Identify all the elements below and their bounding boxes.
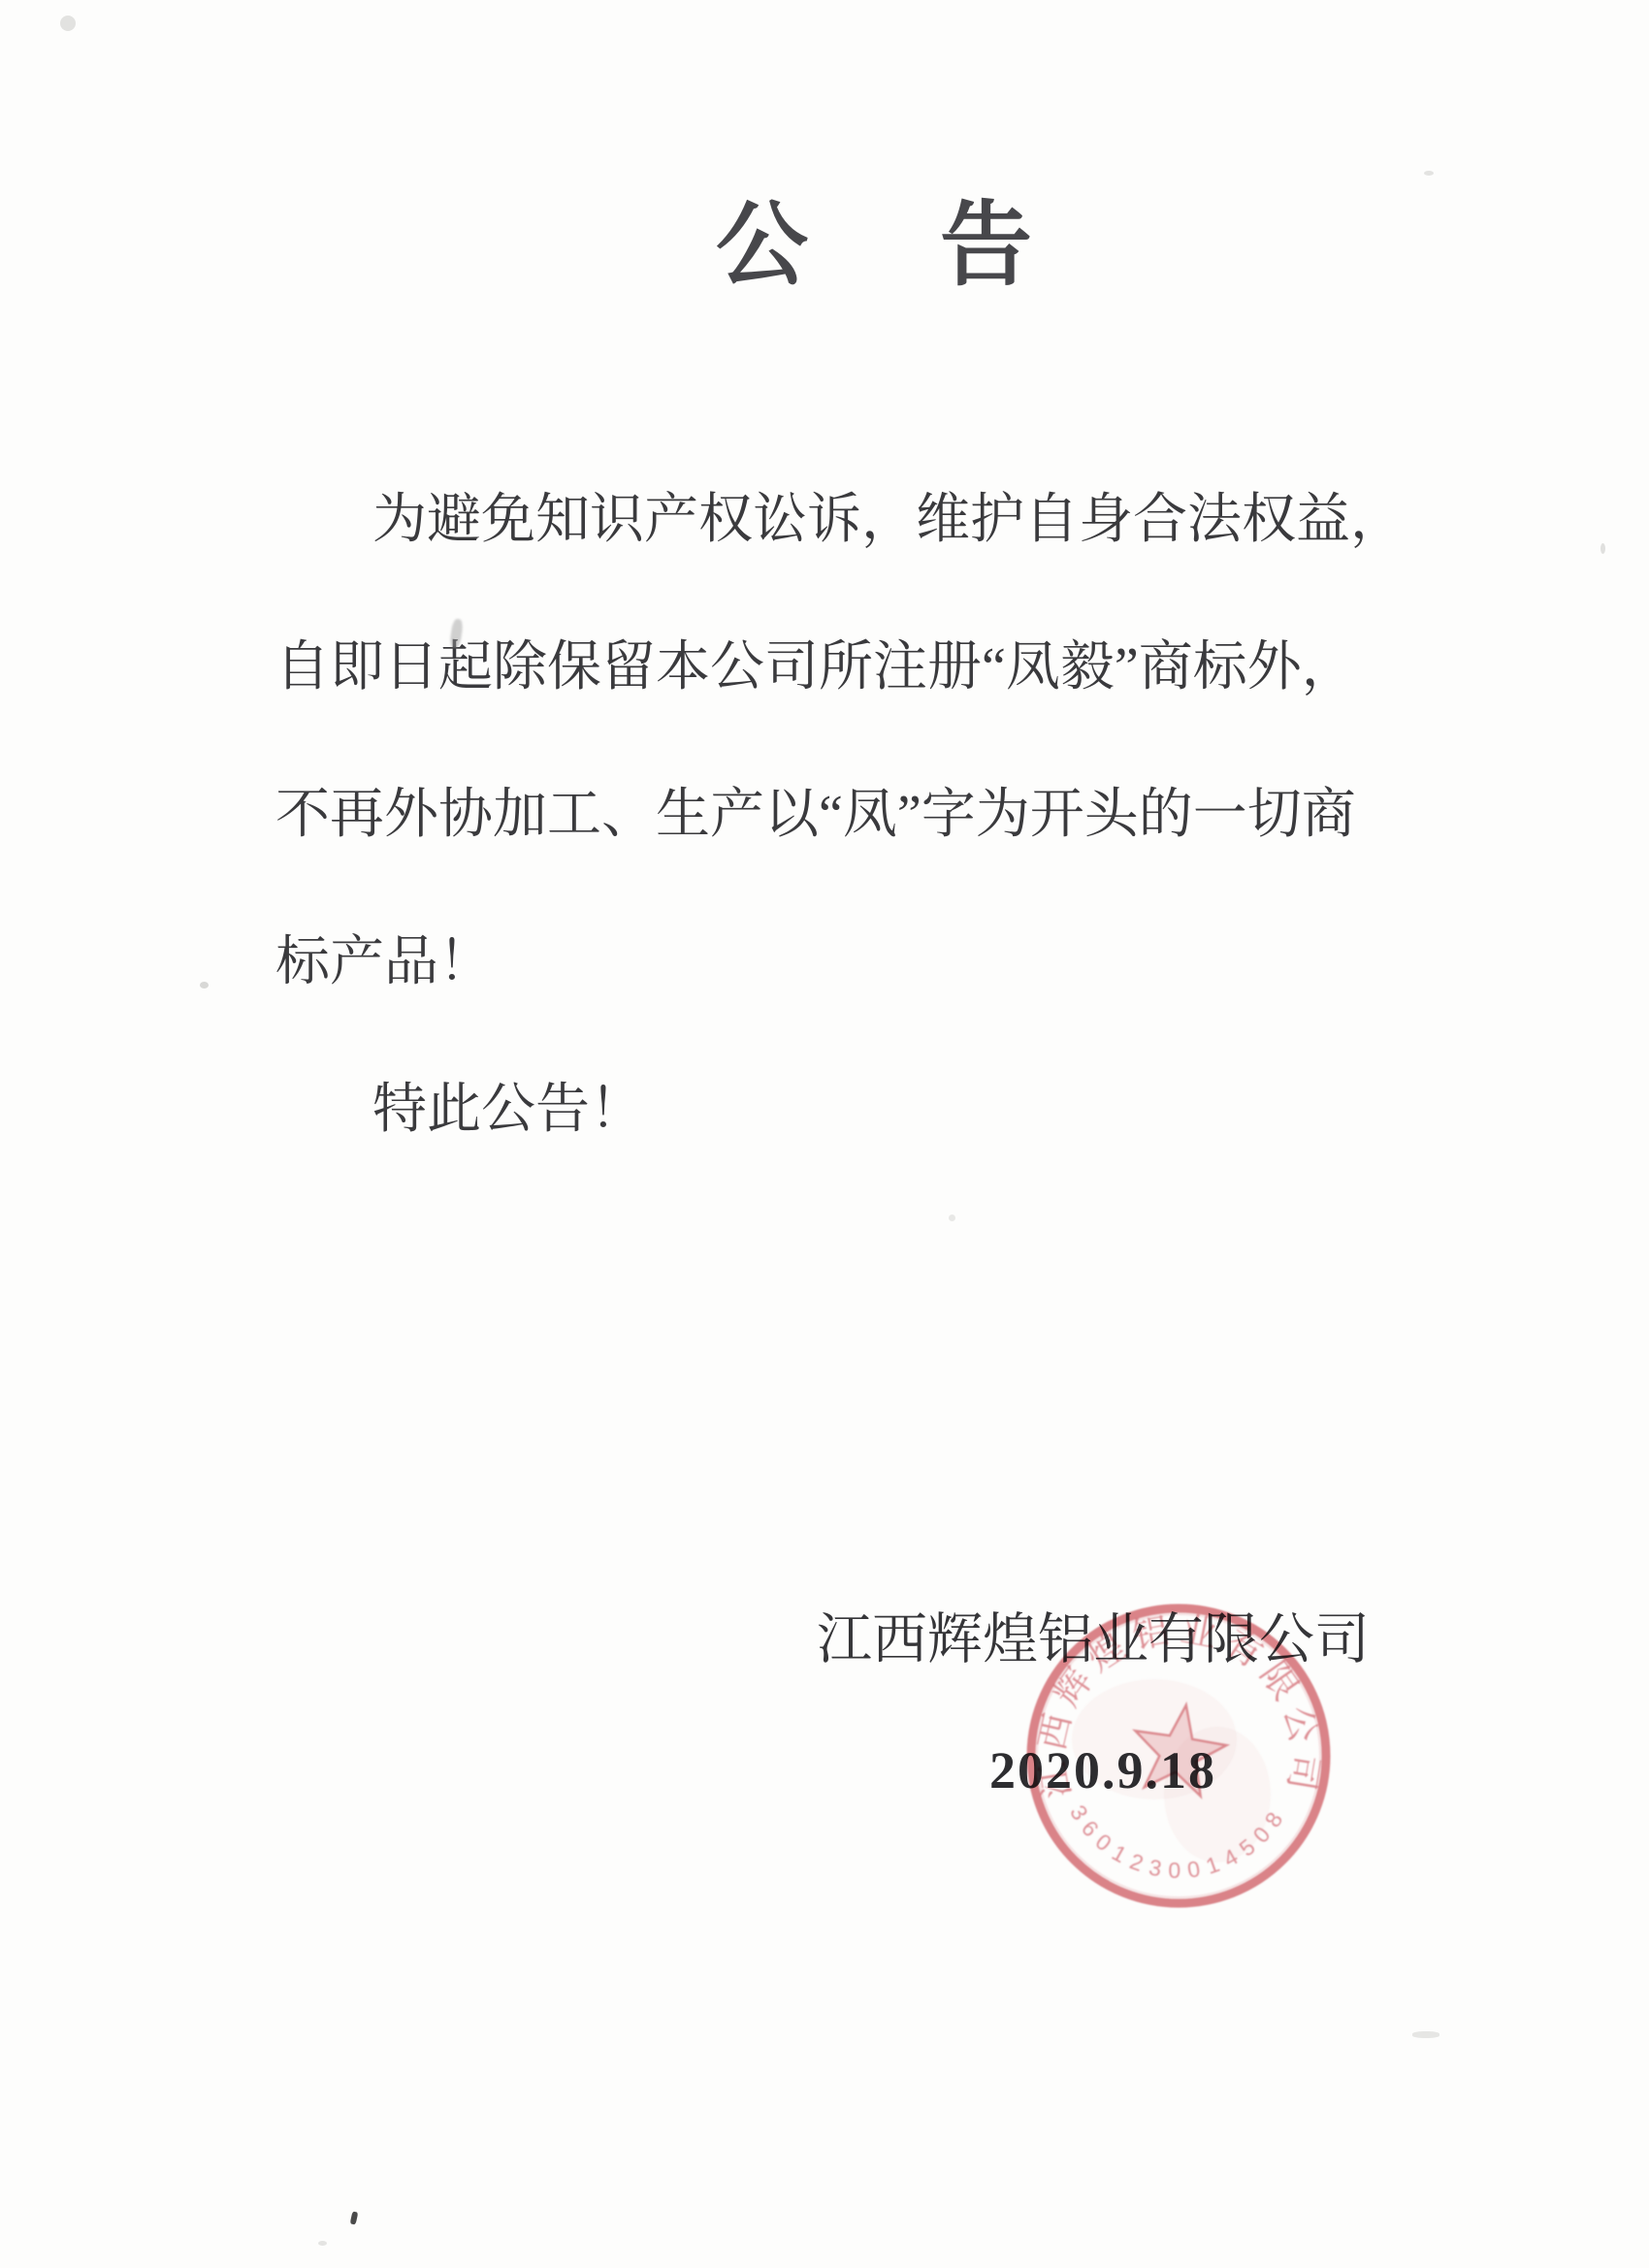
scan-speck: [1424, 171, 1434, 176]
body-line-4: 标产品！: [275, 933, 493, 991]
scan-speck: [949, 1215, 955, 1221]
body-line-1: 为避免知识产权讼诉，维护自身合法权益，: [372, 491, 1405, 549]
page-title: 公 告: [716, 200, 1032, 292]
scan-speck: [1600, 543, 1605, 554]
scan-speck: [200, 982, 209, 988]
scan-speck: [60, 16, 76, 31]
scan-speck: [350, 2212, 359, 2225]
body-line-2: 自即日起除保留本公司所注册“凤毅”商标外，: [275, 638, 1356, 697]
body-line-5: 特此公告！: [372, 1081, 644, 1139]
company-seal-stamp: 江西辉煌铝业有限公司 3601230014508: [1009, 1586, 1348, 1926]
scan-speck: [318, 2241, 327, 2246]
title-char-1: 公: [716, 200, 808, 292]
scan-speck: [1412, 2031, 1439, 2038]
body-line-3: 不再外协加工、生产以“凤”字为开头的一切商: [275, 786, 1356, 844]
title-char-2: 告: [940, 200, 1032, 292]
announcement-document: 公 告 为避免知识产权讼诉，维护自身合法权益， 自即日起除保留本公司所注册“凤毅…: [0, 0, 1649, 2268]
